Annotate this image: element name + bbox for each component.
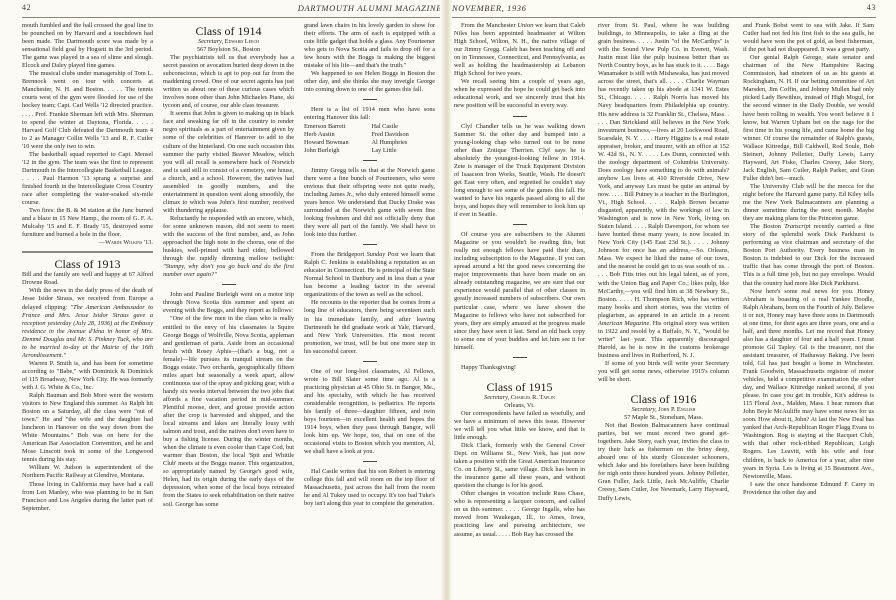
- divider: [222, 284, 236, 285]
- list-item: Herb Austin: [304, 131, 368, 139]
- paragraph: Happy Thanksgiving!: [454, 364, 585, 372]
- secretary-label: Secretary,: [484, 394, 511, 401]
- header-rule: [22, 17, 442, 18]
- list-item: Fred Davidson: [372, 131, 436, 139]
- secretary-address: 567 Boylston St., Boston: [163, 46, 294, 54]
- signature: —Warde Wilkins '13.: [22, 239, 153, 247]
- text: we learn that Caleb Niles has been appoi…: [454, 22, 585, 77]
- paragraph: From the Bridgeport Sunday Post we learn…: [304, 251, 435, 299]
- paragraph: Jimmy Gregg tells us that at the Norwich…: [304, 167, 435, 239]
- newspaper-title: Transcript: [784, 223, 810, 230]
- divider: [363, 99, 377, 100]
- text: recently carried a fine story of the spl…: [743, 223, 874, 286]
- class-heading-1915: Class of 1915: [454, 380, 585, 394]
- right-column-3: and Frank Bobst went to sea with Jake. I…: [743, 22, 874, 497]
- sons-list: Emerson Barrett Hal Castle Herb Austin F…: [304, 123, 435, 155]
- text: From the Bridgeport: [311, 251, 367, 258]
- paragraph: Now here's some real news for you. Honey…: [743, 288, 874, 481]
- paragraph: Ralph Bauman and Bob More were the weste…: [22, 392, 153, 464]
- text: we learn that Ralph C. Jenkins is establ…: [304, 251, 435, 298]
- paragraph: We recall seeing him a couple of years a…: [454, 78, 585, 110]
- page-number: 42: [22, 3, 31, 12]
- newspaper-title: Sunday Post: [367, 251, 399, 258]
- header-rule: [452, 17, 876, 18]
- divider: [513, 116, 527, 117]
- paragraph: The psychiatrists tell us that everybody…: [163, 54, 294, 110]
- paragraph: The musical clubs under managership of T…: [22, 70, 153, 150]
- list-item: Howard Bowman: [304, 139, 368, 147]
- list-item: Al Humphries: [372, 139, 436, 147]
- secretary-address: 57 Maple St., Stoneham, Mass.: [598, 414, 729, 422]
- paragraph: If some of you birds will write your Sec…: [598, 360, 729, 384]
- secretary-label: Secretary,: [198, 38, 225, 45]
- secretary-line: Secretary, Edward Leech: [163, 38, 294, 46]
- paragraph: Bill and the family are well and happy a…: [22, 271, 153, 287]
- quote: "Stumpy, why don't you go back and do th…: [163, 263, 294, 278]
- issue-date: NOVEMBER, 1936: [452, 3, 527, 13]
- magazine-title: American Magazine: [598, 320, 649, 327]
- list-item: Emerson Barrett: [304, 123, 368, 131]
- divider: [363, 361, 377, 362]
- paragraph: Those living in California may have had …: [22, 481, 153, 513]
- list-item: John Burleigh: [304, 147, 368, 155]
- paragraph: "One of the few men in the class who is …: [163, 315, 294, 508]
- divider: [513, 224, 527, 225]
- left-column-1: mouth fumbled and the ball crossed the g…: [22, 22, 153, 513]
- paragraph: Two fires: the B. & M station at the Jun…: [22, 207, 153, 239]
- paragraph: Dick Clark, formerly with the General Co…: [454, 442, 585, 490]
- paragraph: Our genial Ralph George, state senator a…: [743, 54, 874, 183]
- section-divider: [22, 251, 153, 253]
- paragraph: We happened to see Helen Boggs in Boston…: [304, 70, 435, 94]
- left-column-2: Class of 1914 Secretary, Edward Leech 56…: [163, 22, 294, 509]
- paragraph: Hal Castle writes that his son Robert is…: [304, 468, 435, 508]
- quoted-clipping: "The American Ambassador to France and M…: [22, 304, 153, 359]
- paragraph: With the news in the daily press of the …: [22, 287, 153, 359]
- secretary-address: Orleans, Vt.: [454, 402, 585, 410]
- divider: [363, 160, 377, 161]
- paragraph: Reluctantly he responded with an encore,…: [163, 215, 294, 279]
- paragraph: grand lawn chairs in his lovely garden t…: [304, 22, 435, 70]
- secretary-name: Edward Leech: [225, 38, 259, 45]
- list-item: Lay Little: [372, 147, 436, 155]
- paragraph: Clyf Chandler tells us he was walking do…: [454, 123, 585, 220]
- running-head-right: NOVEMBER, 1936 43: [452, 3, 876, 15]
- paragraph: He recounts to the reporter that he come…: [304, 299, 435, 355]
- paragraph: The basketball squad reported to Capt. M…: [22, 151, 153, 207]
- paragraph: Warren P. Smith is, and has been for som…: [22, 360, 153, 392]
- paragraph: mouth fumbled and the ball crossed the g…: [22, 22, 153, 70]
- paragraph: I saw the once handsome Edmund F. Carey …: [743, 481, 874, 497]
- text: river from St. Paul, where he was buildi…: [598, 22, 729, 319]
- text: Reluctantly he responded with an encore,…: [163, 215, 294, 262]
- secretary-line: Secretary, Charles R. Taplin: [454, 394, 585, 402]
- paragraph: Here is a list of 1914 men who have sons…: [304, 106, 435, 122]
- secretary-name: John P. English: [658, 406, 695, 413]
- paragraph: river from St. Paul, where he was buildi…: [598, 22, 729, 360]
- class-heading-1916: Class of 1916: [598, 392, 729, 406]
- left-column-3: grand lawn chairs in his lovely garden t…: [304, 22, 435, 508]
- class-heading-1914: Class of 1914: [163, 24, 294, 38]
- divider: [513, 357, 527, 358]
- class-heading-1913: Class of 1913: [22, 257, 153, 271]
- secretary-label: Secretary,: [632, 406, 659, 413]
- paragraph: The University Club will be the mecca fo…: [743, 183, 874, 223]
- paragraph: The Boston Transcript recently carried a…: [743, 223, 874, 287]
- text: From the Manchester: [461, 22, 517, 29]
- book-gutter: [440, 0, 452, 600]
- right-column-2: river from St. Paul, where he was buildi…: [598, 22, 729, 503]
- left-page: 42 DARTMOUTH ALUMNI MAGAZINE mouth fumbl…: [0, 0, 446, 600]
- list-item: Hal Castle: [372, 123, 436, 131]
- secretary-name: Charles R. Taplin: [511, 394, 555, 401]
- paragraph: Other changes in vocation include Russ C…: [454, 490, 585, 538]
- newspaper-title: Union: [517, 22, 533, 29]
- paragraph: John and Pauline Burleigh went on a moto…: [163, 291, 294, 315]
- paragraph: One of our long-lost classmates, Al Fell…: [304, 368, 435, 457]
- paragraph: and Frank Bobst went to sea with Jake. I…: [743, 22, 874, 54]
- secretary-line: Secretary, John P. English: [598, 406, 729, 414]
- paragraph: Not that Boston Balmacanners have contin…: [598, 422, 729, 502]
- paragraph: William W. Judson is superintendent of t…: [22, 464, 153, 480]
- paragraph: From the Manchester Union we learn that …: [454, 22, 585, 78]
- right-page: NOVEMBER, 1936 43 From the Manchester Un…: [446, 0, 896, 600]
- divider: [363, 461, 377, 462]
- paragraph: Our correspondents have failed us woeful…: [454, 410, 585, 442]
- right-column-1: From the Manchester Union we learn that …: [454, 22, 585, 539]
- text: The Boston: [750, 223, 784, 230]
- divider: [363, 244, 377, 245]
- page-number: 43: [867, 3, 876, 12]
- running-head-left: 42 DARTMOUTH ALUMNI MAGAZINE: [22, 3, 446, 15]
- paragraph: Of course you are subscribers to the Alu…: [454, 231, 585, 352]
- paragraph: It seems that John is given to making up…: [163, 110, 294, 215]
- magazine-title: DARTMOUTH ALUMNI MAGAZINE: [298, 3, 442, 13]
